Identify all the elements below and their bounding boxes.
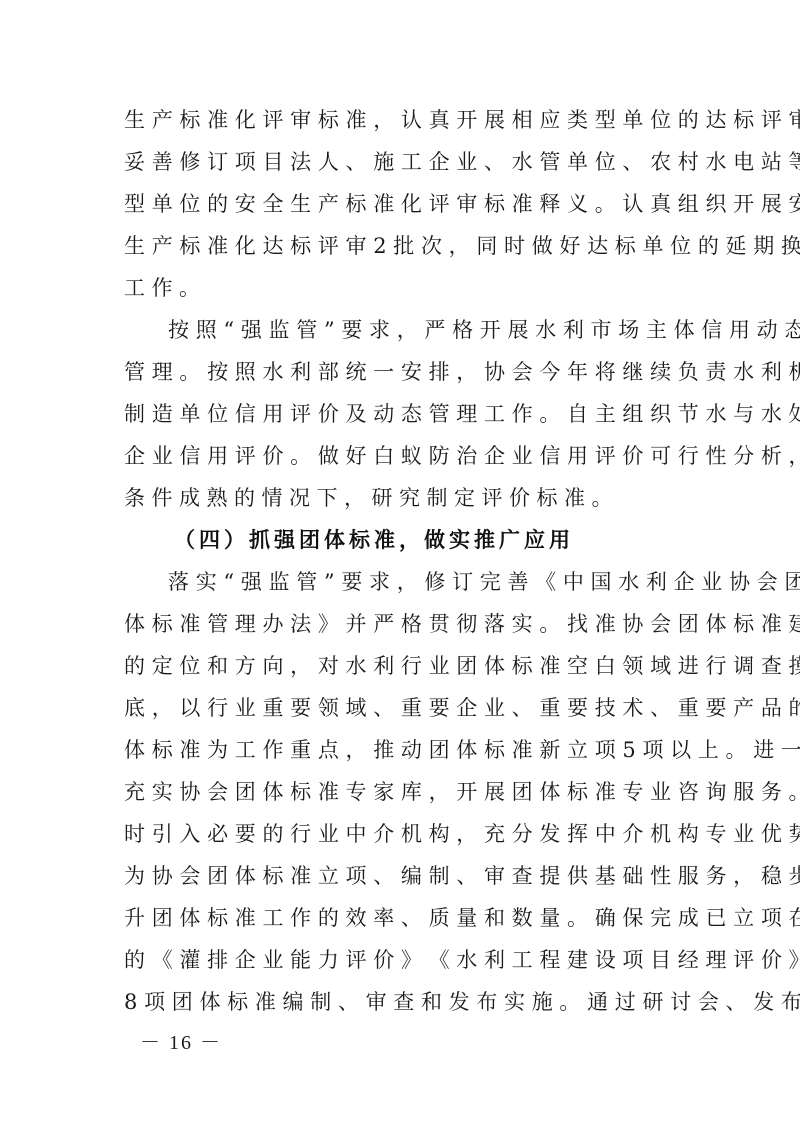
paragraph-line: 的 《 灌 排 企 业 能 力 评 价 》 《 水 利 工 程 建 设 项 目 … <box>124 939 678 981</box>
paragraph-line: 充 实 协 会 团 体 标 准 专 家 库 ， 开 展 团 体 标 准 专 业 … <box>124 771 678 813</box>
paragraph-line: 妥 善 修 订 项 目 法 人 、 施 工 企 业 、 水 管 单 位 、 农 … <box>124 141 678 183</box>
paragraph-line: 为 协 会 团 体 标 准 立 项 、 编 制 、 审 查 提 供 基 础 性 … <box>124 855 678 897</box>
paragraph-line: 时 引 入 必 要 的 行 业 中 介 机 构 ， 充 分 发 挥 中 介 机 … <box>124 813 678 855</box>
paragraph-line: 体 标 准 为 工 作 重 点 ， 推 动 团 体 标 准 新 立 项 5 项 … <box>124 729 678 771</box>
paragraph-line: 的 定 位 和 方 向 ， 对 水 利 行 业 团 体 标 准 空 白 领 域 … <box>124 645 678 687</box>
document-page: 生 产 标 准 化 评 审 标 准 ， 认 真 开 展 相 应 类 型 单 位 … <box>124 99 678 1023</box>
paragraph-line: 体 标 准 管 理 办 法 》 并 严 格 贯 彻 落 实 。 找 准 协 会 … <box>124 603 678 645</box>
paragraph-line: 制 造 单 位 信 用 评 价 及 动 态 管 理 工 作 。 自 主 组 织 … <box>124 393 678 435</box>
paragraph-line: 升 团 体 标 准 工 作 的 效 率 、 质 量 和 数 量 。 确 保 完 … <box>124 897 678 939</box>
paragraph-line: 底 ， 以 行 业 重 要 领 域 、 重 要 企 业 、 重 要 技 术 、 … <box>124 687 678 729</box>
paragraph-line: 企 业 信 用 评 价 。 做 好 白 蚁 防 治 企 业 信 用 评 价 可 … <box>124 435 678 477</box>
paragraph-line: 落 实 “ 强 监 管 ” 要 求 ， 修 订 完 善 《 中 国 水 利 企 … <box>124 561 678 603</box>
paragraph-line: 条件成熟的情况下，研究制定评价标准。 <box>124 477 678 519</box>
paragraph-line: 型 单 位 的 安 全 生 产 标 准 化 评 审 标 准 释 义 。 认 真 … <box>124 183 678 225</box>
section-heading: （四）抓强团体标准，做实推广应用 <box>124 519 678 561</box>
paragraph-line: 8 项 团 体 标 准 编 制 、 审 查 和 发 布 实 施 。 通 过 研 … <box>124 981 678 1023</box>
page-number: － 16 － <box>140 1026 222 1055</box>
paragraph-line: 工作。 <box>124 267 678 309</box>
paragraph-line: 生 产 标 准 化 评 审 标 准 ， 认 真 开 展 相 应 类 型 单 位 … <box>124 99 678 141</box>
paragraph-line: 生 产 标 准 化 达 标 评 审 2 批 次 ， 同 时 做 好 达 标 单 … <box>124 225 678 267</box>
paragraph-line: 按 照 “ 强 监 管 ” 要 求 ， 严 格 开 展 水 利 市 场 主 体 … <box>124 309 678 351</box>
paragraph-line: 管 理 。 按 照 水 利 部 统 一 安 排 ， 协 会 今 年 将 继 续 … <box>124 351 678 393</box>
